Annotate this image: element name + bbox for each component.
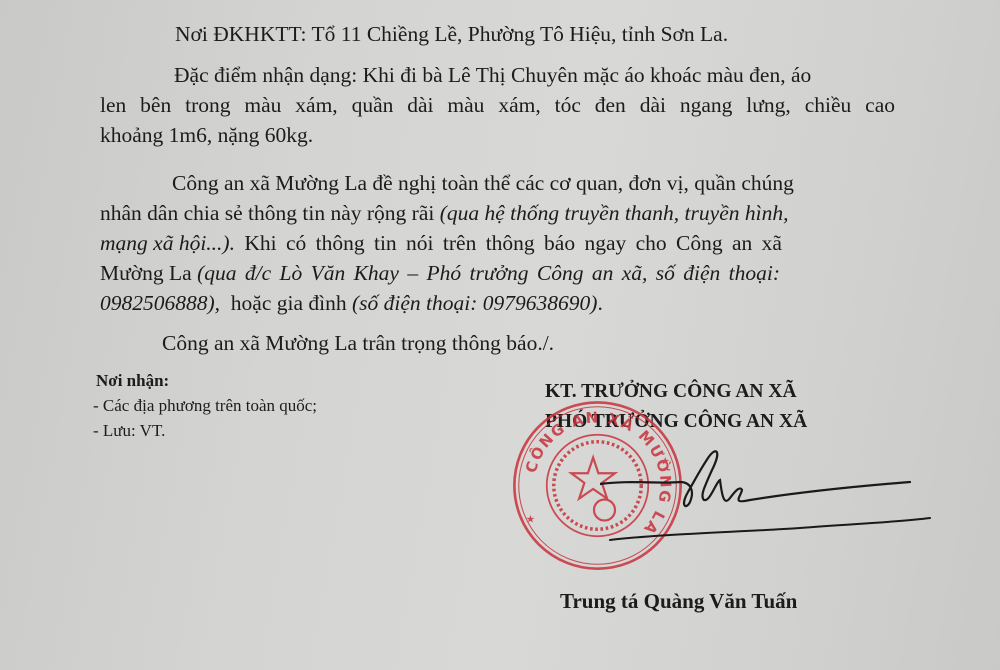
- recipient-item: - Các địa phương trên toàn quốc;: [93, 396, 317, 416]
- request-line-5-italic-b: (số điện thoại: 0979638690): [352, 291, 597, 315]
- request-line-2: nhân dân chia sẻ thông tin này rộng rãi …: [100, 201, 788, 226]
- address-line: Nơi ĐKHKTT: Tổ 11 Chiềng Lề, Phường Tô H…: [175, 22, 728, 47]
- small-star-icon: ★: [526, 514, 536, 525]
- request-line-5-text: hoặc gia đình: [220, 291, 352, 315]
- features-line-1: Đặc điểm nhận dạng: Khi đi bà Lê Thị Chu…: [174, 63, 811, 88]
- recipients-heading: Nơi nhận:: [96, 371, 169, 391]
- closing-line: Công an xã Mường La trân trọng thông báo…: [162, 331, 554, 356]
- handwritten-signature: [600, 440, 940, 560]
- request-line-5-end: .: [597, 291, 602, 315]
- request-line-5: 0982506888), hoặc gia đình (số điện thoạ…: [100, 291, 603, 316]
- recipient-item: - Lưu: VT.: [93, 421, 165, 441]
- features-line-3: khoảng 1m6, nặng 60kg.: [100, 123, 313, 148]
- request-line-4-italic: (qua đ/c Lò Văn Khay – Phó trưởng Công a…: [197, 261, 780, 285]
- signer-name: Trung tá Quàng Văn Tuấn: [560, 589, 797, 614]
- features-line-2: len bên trong màu xám, quần dài màu xám,…: [100, 93, 895, 118]
- request-line-3-text: Khi có thông tin nói trên thông báo ngay…: [235, 231, 782, 255]
- request-line-3: mạng xã hội...). Khi có thông tin nói tr…: [100, 231, 782, 256]
- request-line-4-text: Mường La: [100, 261, 197, 285]
- request-line-1: Công an xã Mường La đề nghị toàn thể các…: [172, 171, 794, 196]
- request-line-5-italic-a: 0982506888),: [100, 291, 220, 315]
- request-line-3-italic: mạng xã hội...).: [100, 231, 235, 255]
- request-line-4: Mường La (qua đ/c Lò Văn Khay – Phó trưở…: [100, 261, 780, 286]
- request-line-2-text: nhân dân chia sẻ thông tin này rộng rãi: [100, 201, 440, 225]
- request-line-2-italic: (qua hệ thống truyền thanh, truyền hình,: [440, 201, 789, 225]
